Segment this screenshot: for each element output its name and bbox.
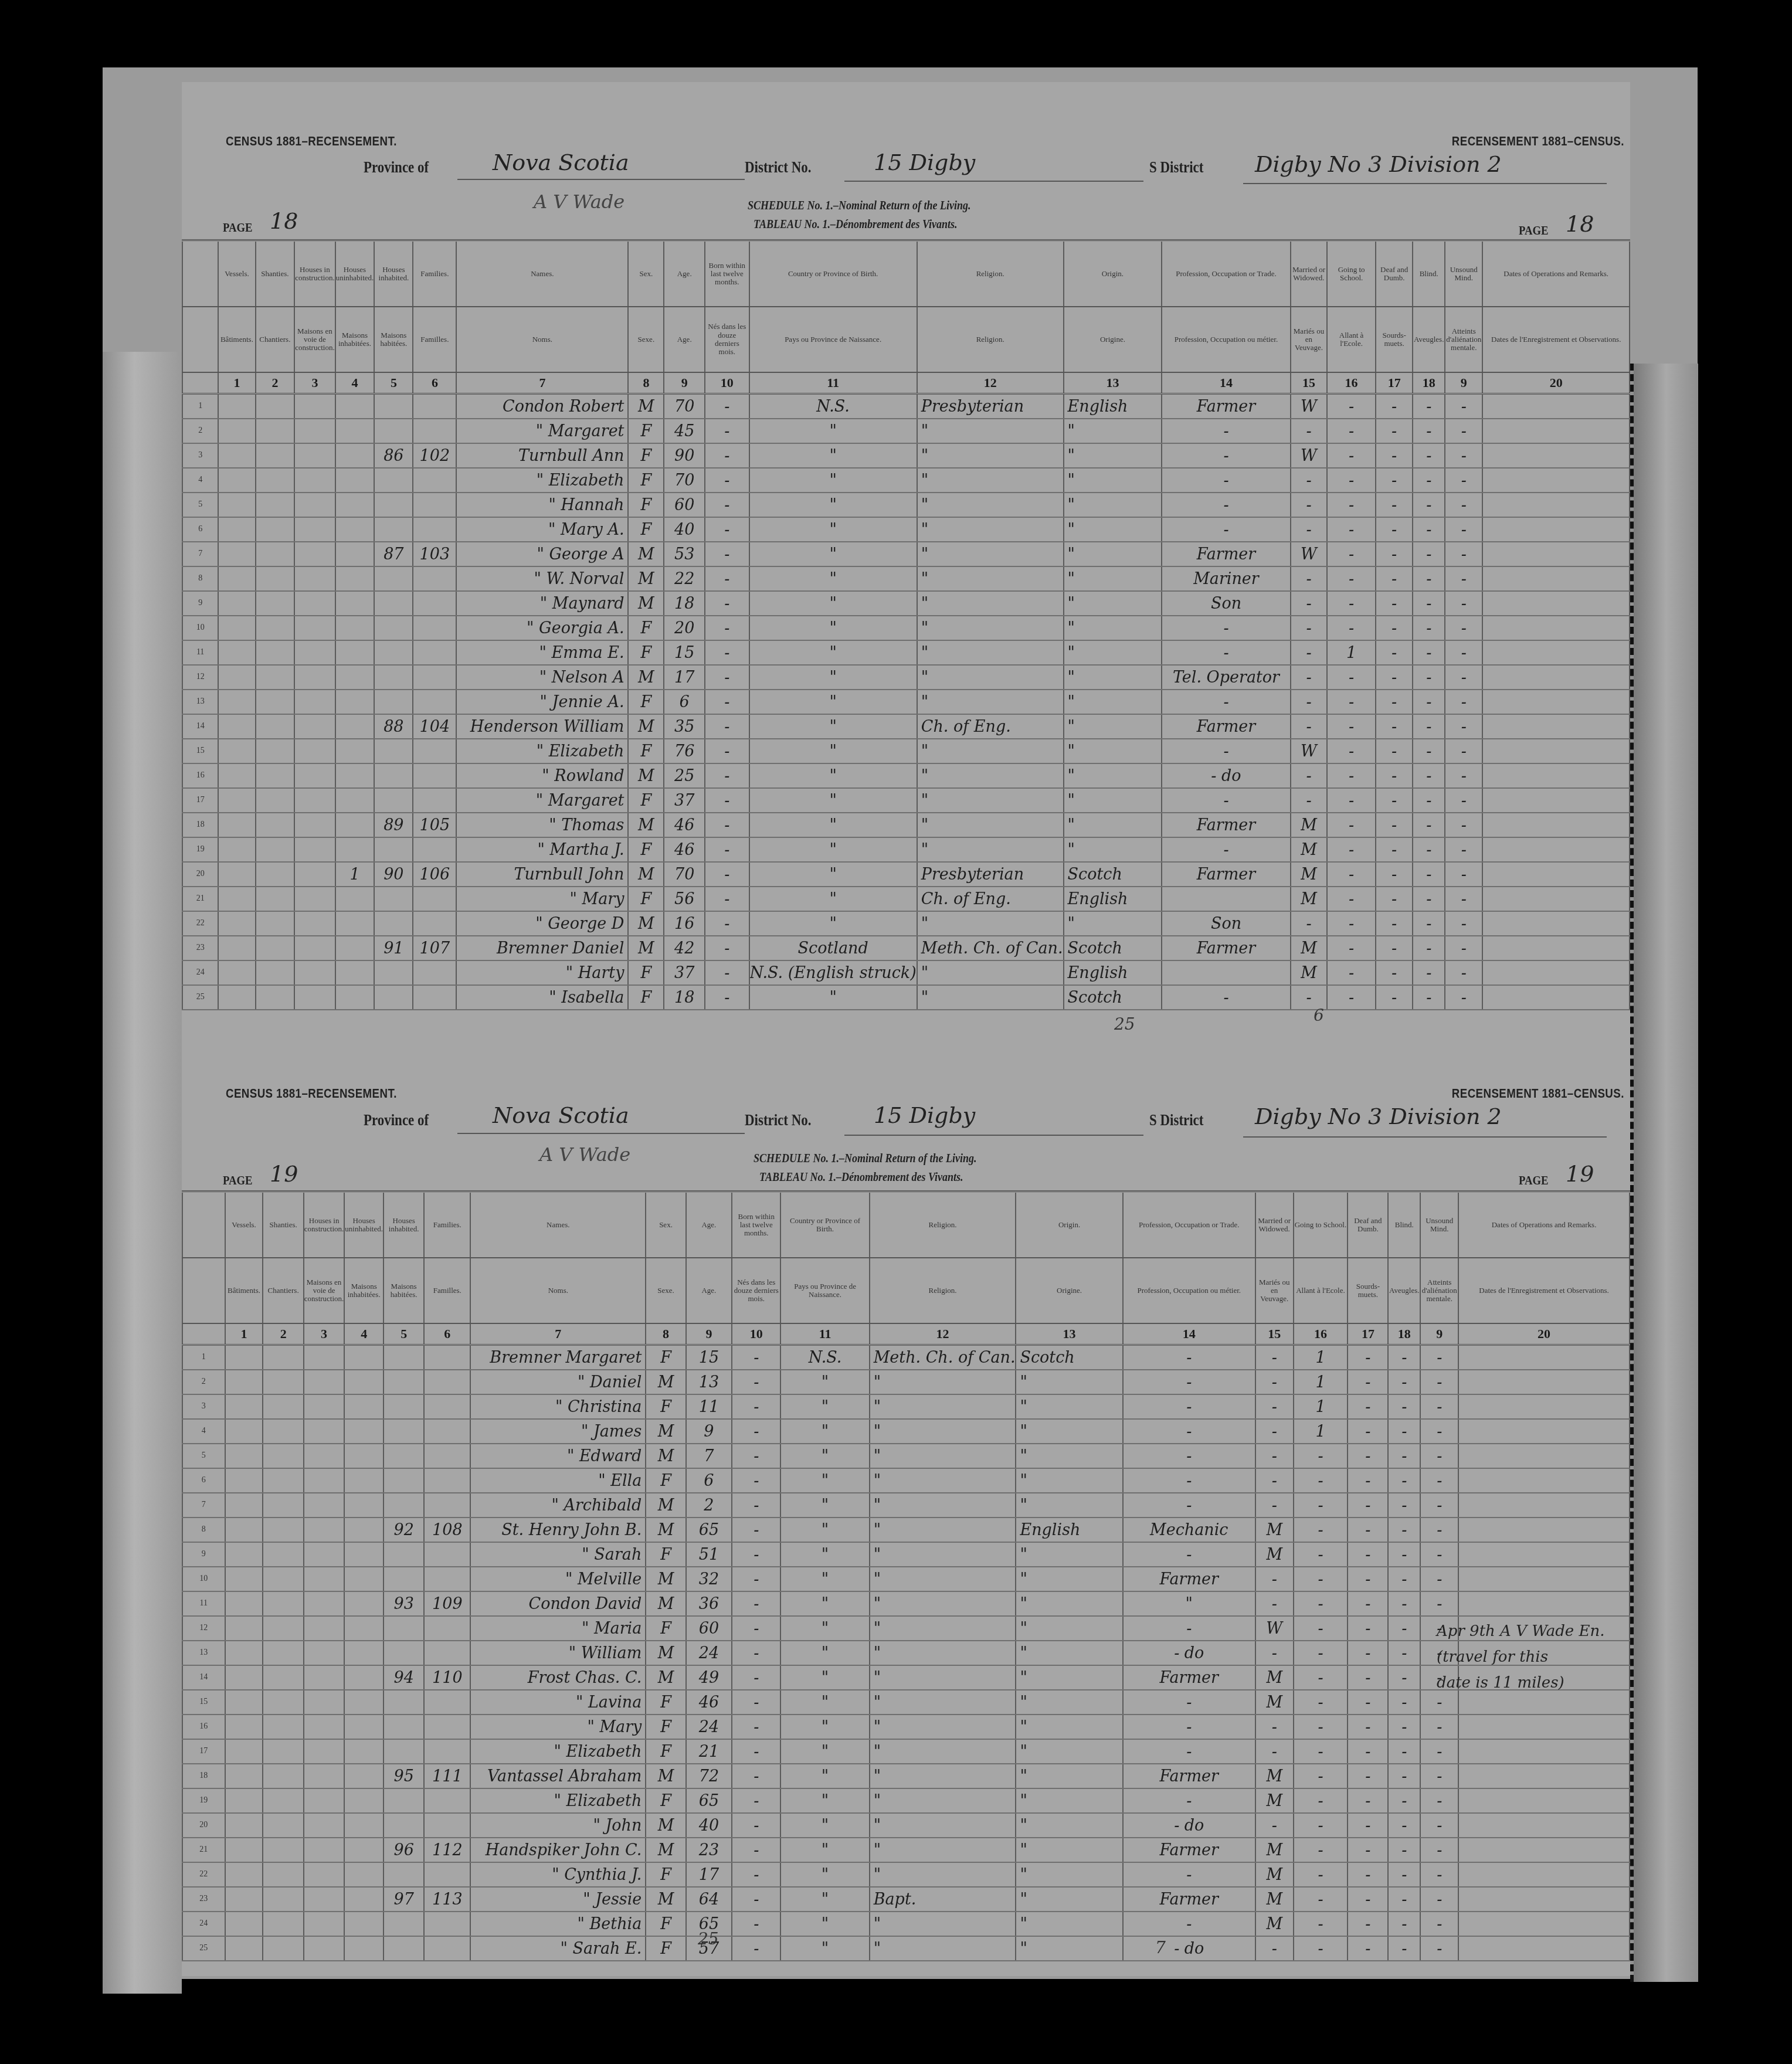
born-last-year-cell: - [732,1567,780,1591]
sex-cell: F [646,1394,685,1419]
born-last-year-cell: - [732,1838,780,1862]
religion-cell: " [870,1468,1016,1493]
page-number-right: 19 [1566,1161,1594,1187]
vessels-cell [225,1788,263,1813]
origin-cell: " [1064,542,1162,566]
column-header-fr-16: Allant à l'Ecole. [1294,1258,1348,1323]
age-cell: 17 [686,1862,732,1887]
vessels-cell [218,517,255,542]
married-cell: W [1291,443,1328,468]
column-number: 6 [413,372,456,394]
occupation-cell: - [1123,1862,1255,1887]
married-cell: - [1255,1813,1294,1838]
vessels-cell [218,887,255,911]
column-number: 20 [1482,372,1630,394]
remarks-cell [1482,616,1630,640]
shanties-cell [256,837,295,862]
school-cell: - [1294,1813,1348,1838]
houses-uninhabited-cell [335,468,375,493]
blind-cell: - [1413,542,1445,566]
shanties-cell [263,1764,303,1788]
column-number: 4 [344,1323,383,1345]
row-number: 4 [182,468,218,493]
row-number: 16 [182,1715,225,1739]
shanties-cell [256,493,295,517]
occupation-cell: - [1123,1542,1255,1567]
born-last-year-cell: - [705,960,749,985]
married-cell: M [1255,1838,1294,1862]
birthplace-cell: " [780,1419,869,1444]
table-row: 11" Emma E.F15-"""--1--- [182,640,1630,665]
age-cell: 60 [664,493,705,517]
blind-cell: - [1388,1370,1420,1394]
origin-cell: " [1064,714,1162,739]
houses-construction-cell [304,1936,345,1961]
school-cell: - [1294,1887,1348,1912]
family-number-cell [413,394,456,419]
school-cell: - [1327,591,1376,616]
sex-cell: F [628,616,664,640]
born-last-year-cell: - [705,887,749,911]
houses-construction-cell [304,1542,345,1567]
blind-cell: - [1388,1715,1420,1739]
column-header-fr-17: Sourds-muets. [1348,1258,1388,1323]
origin-cell: " [1064,566,1162,591]
houses-construction-cell [294,862,335,887]
house-number-cell [383,1542,424,1567]
deaf-cell: - [1348,1764,1388,1788]
remarks-cell [1482,542,1630,566]
column-number: 5 [383,1323,424,1345]
house-number-cell [383,1567,424,1591]
family-number-cell [424,1912,470,1936]
row-number: 15 [182,1690,225,1715]
name-cell: Vantassel Abraham [470,1764,646,1788]
table-row: 3" ChristinaF11-"""--1--- [182,1394,1630,1419]
shanties-cell [256,616,295,640]
houses-construction-cell [294,714,335,739]
column-number: 16 [1294,1323,1348,1345]
school-cell: 1 [1327,640,1376,665]
unsound-cell: - [1420,1444,1458,1468]
family-number-cell [424,1788,470,1813]
row-number: 7 [182,1493,225,1518]
header-rule [182,239,1630,241]
house-number-cell [374,763,413,788]
origin-cell: " [1016,1912,1122,1936]
houses-construction-cell [294,960,335,985]
column-header-fr-3: Maisons en voie de construction. [294,307,335,372]
sex-cell: M [628,911,664,936]
married-cell: - [1291,616,1328,640]
houses-construction-cell [304,1394,345,1419]
religion-cell: " [917,443,1064,468]
family-number-cell [424,1739,470,1764]
unsound-cell: - [1420,1936,1458,1961]
origin-cell: " [1064,763,1162,788]
school-cell: - [1294,1715,1348,1739]
remarks-cell [1482,493,1630,517]
sex-cell: F [646,1912,685,1936]
column-number: 13 [1064,372,1162,394]
row-number: 6 [182,1468,225,1493]
born-last-year-cell: - [732,1690,780,1715]
column-header-fr-15: Mariés ou en Veuvage. [1291,307,1328,372]
religion-cell: " [917,763,1064,788]
house-number-cell [383,1690,424,1715]
unsound-cell: - [1445,714,1482,739]
religion-cell: " [917,911,1064,936]
religion-cell: " [870,1419,1016,1444]
vessels-cell [225,1468,263,1493]
deaf-cell: - [1376,887,1413,911]
district-value: 15 Digby [874,150,975,175]
row-number: 19 [182,837,218,862]
blind-cell: - [1413,862,1445,887]
column-header-14: Profession, Occupation or Trade. [1162,242,1290,307]
blind-cell: - [1388,1690,1420,1715]
sex-cell: M [646,1444,685,1468]
houses-uninhabited-cell [335,960,375,985]
religion-cell: Ch. of Eng. [917,887,1064,911]
family-number-cell [424,1641,470,1665]
origin-cell: " [1016,1394,1122,1419]
birthplace-cell: " [780,1838,869,1862]
occupation-cell: " [1123,1591,1255,1616]
house-number-cell: 91 [374,936,413,960]
religion-cell: " [870,1567,1016,1591]
deaf-cell: - [1376,640,1413,665]
vessels-cell [225,1518,263,1542]
family-number-cell [424,1493,470,1518]
deaf-cell: - [1376,443,1413,468]
unsound-cell: - [1420,1518,1458,1542]
born-last-year-cell: - [705,714,749,739]
house-number-cell [374,665,413,690]
house-number-cell: 87 [374,542,413,566]
remarks-cell [1482,517,1630,542]
blind-cell: - [1413,665,1445,690]
married-cell: M [1255,1690,1294,1715]
occupation-cell: - [1162,739,1290,763]
shanties-cell [263,1419,303,1444]
deaf-cell: - [1348,1444,1388,1468]
houses-construction-cell [304,1444,345,1468]
remarks-cell [1458,1764,1630,1788]
married-cell: - [1291,517,1328,542]
houses-uninhabited-cell [344,1838,383,1862]
house-number-cell: 93 [383,1591,424,1616]
married-cell: - [1255,1739,1294,1764]
occupation-cell: - [1162,493,1290,517]
column-header-fr-14: Profession, Occupation ou métier. [1123,1258,1255,1323]
religion-cell: " [870,1715,1016,1739]
remarks-cell [1482,443,1630,468]
header-rule [182,1190,1630,1192]
occupation-cell: - [1123,1493,1255,1518]
column-header-fr-19: Atteints d'aliénation mentale. [1420,1258,1458,1323]
religion-cell: " [917,468,1064,493]
column-header-en: Vessels.Shanties.Houses in construction.… [182,242,1630,394]
vessels-cell [225,1739,263,1764]
occupation-cell: - [1123,1788,1255,1813]
name-cell: " John [470,1813,646,1838]
married-cell: - [1291,640,1328,665]
family-number-cell [424,1616,470,1641]
unsound-cell: - [1445,813,1482,837]
born-last-year-cell: - [705,690,749,714]
table-row: 15" LavinaF46-"""-M---- [182,1690,1630,1715]
birthplace-cell: " [749,813,917,837]
table-row: 19" Martha J.F46-"""-M---- [182,837,1630,862]
column-header-fr-16: Allant à l'Ecole. [1327,307,1376,372]
vessels-cell [225,1542,263,1567]
houses-construction-cell [294,788,335,813]
page-number-left: 18 [270,208,298,234]
occupation-cell: Farmer [1162,542,1290,566]
religion-cell: " [917,837,1064,862]
houses-uninhabited-cell [335,616,375,640]
born-last-year-cell: - [732,1345,780,1370]
deaf-cell: - [1348,1715,1388,1739]
origin-cell: " [1016,1690,1122,1715]
houses-uninhabited-cell [344,1616,383,1641]
vessels-cell [225,1616,263,1641]
sex-cell: F [628,960,664,985]
sex-cell: M [646,1764,685,1788]
married-cell: - [1291,788,1328,813]
unsound-cell: - [1445,443,1482,468]
birthplace-cell: " [749,690,917,714]
occupation-cell: Farmer [1123,1887,1255,1912]
school-cell: - [1327,862,1376,887]
table-row: 2" MargaretF45-"""------ [182,419,1630,443]
unsound-cell: - [1420,1715,1458,1739]
row-number: 22 [182,911,218,936]
row-number: 23 [182,936,218,960]
school-cell: - [1294,1788,1348,1813]
birthplace-cell: " [780,1764,869,1788]
row-number: 21 [182,1838,225,1862]
table-row: 22" George DM16-"""Son----- [182,911,1630,936]
occupation-cell: - [1162,788,1290,813]
birthplace-cell: " [780,1493,869,1518]
occupation-cell [1162,887,1290,911]
column-header-20: Dates of Operations and Remarks. [1458,1193,1630,1258]
religion-cell: Meth. Ch. of Can. [917,936,1064,960]
age-cell: 46 [664,813,705,837]
religion-cell: " [917,788,1064,813]
column-number: 7 [456,372,628,394]
origin-cell: " [1016,1542,1122,1567]
vessels-cell [225,1764,263,1788]
column-number: 1 [225,1323,263,1345]
family-number-cell [413,517,456,542]
vessels-cell [218,960,255,985]
vessels-cell [225,1665,263,1690]
shanties-cell [256,788,295,813]
age-cell: 36 [686,1591,732,1616]
born-last-year-cell: - [705,468,749,493]
school-cell: - [1294,1493,1348,1518]
birthplace-cell: " [780,1887,869,1912]
houses-construction-cell [294,616,335,640]
family-number-cell [424,1444,470,1468]
born-last-year-cell: - [732,1862,780,1887]
sex-cell: M [646,1567,685,1591]
name-cell: " Ella [470,1468,646,1493]
religion-cell: " [917,591,1064,616]
column-header-9: Age. [664,242,705,307]
deaf-cell: - [1376,862,1413,887]
table-row: 2196112Handspiker John C.M23-"""FarmerM-… [182,1838,1630,1862]
age-cell: 6 [664,690,705,714]
table-row: 20190106Turnbull JohnM70-"PresbyterianSc… [182,862,1630,887]
houses-construction-cell [294,517,335,542]
census-page-19: CENSUS 1881–RECENSEMENT. RECENSEMENT 188… [182,1032,1630,1976]
table-row: 24" BethiaF65-"""-M---- [182,1912,1630,1936]
school-cell: - [1327,690,1376,714]
name-cell: " Rowland [456,763,628,788]
school-cell: - [1294,1591,1348,1616]
sex-cell: M [628,763,664,788]
column-number: 10 [732,1323,780,1345]
vessels-cell [225,1444,263,1468]
sub-district-value: Digby No 3 Division 2 [1255,1104,1502,1129]
age-cell: 65 [686,1518,732,1542]
deaf-cell: - [1376,985,1413,1010]
blind-cell: - [1413,640,1445,665]
blind-cell: - [1413,517,1445,542]
table-row: 1494110Frost Chas. C.M49-"""FarmerM---- [182,1665,1630,1690]
occupation-cell: - [1123,1345,1255,1370]
house-number-cell [383,1444,424,1468]
born-last-year-cell: - [705,566,749,591]
age-cell: 32 [686,1567,732,1591]
birthplace-cell: " [780,1370,869,1394]
houses-uninhabited-cell [344,1394,383,1419]
schedule-title-fr: TABLEAU No. 1.–Dénombrement des Vivants. [759,1171,963,1184]
deaf-cell: - [1376,665,1413,690]
school-cell: - [1327,714,1376,739]
school-cell: - [1327,960,1376,985]
sex-cell: F [646,1715,685,1739]
birthplace-cell: " [780,1788,869,1813]
shanties-cell [263,1690,303,1715]
religion-cell: " [870,1665,1016,1690]
religion-cell: Ch. of Eng. [917,714,1064,739]
house-number-cell [374,837,413,862]
shanties-cell [256,394,295,419]
census-header-left: CENSUS 1881–RECENSEMENT. [226,1086,397,1101]
vessels-cell [225,1813,263,1838]
shanties-cell [263,1641,303,1665]
house-number-cell: 94 [383,1665,424,1690]
name-cell: " Sarah E. [470,1936,646,1961]
house-number-cell: 96 [383,1838,424,1862]
vessels-cell [218,419,255,443]
family-number-cell [424,1936,470,1961]
houses-construction-cell [304,1370,345,1394]
age-cell: 37 [664,960,705,985]
remarks-cell [1458,1493,1630,1518]
family-number-cell: 108 [424,1518,470,1542]
born-last-year-cell: - [705,616,749,640]
sex-cell: F [646,1936,685,1961]
page-label-left: PAGE [223,220,253,235]
vessels-cell [218,788,255,813]
deaf-cell: - [1348,1887,1388,1912]
married-cell: W [1291,739,1328,763]
row-number: 21 [182,887,218,911]
row-number: 16 [182,763,218,788]
houses-construction-cell [304,1591,345,1616]
born-last-year-cell: - [705,419,749,443]
family-number-cell [413,493,456,517]
vessels-cell [218,763,255,788]
age-cell: 37 [664,788,705,813]
occupation-cell: - [1123,1616,1255,1641]
occupation-cell: Farmer [1123,1567,1255,1591]
family-number-cell [413,591,456,616]
column-header-10: Born within last twelve months. [705,242,749,307]
age-cell: 56 [664,887,705,911]
occupation-cell: - [1123,1468,1255,1493]
house-number-cell: 90 [374,862,413,887]
row-number: 25 [182,985,218,1010]
houses-construction-cell [294,566,335,591]
sex-cell: M [628,394,664,419]
birthplace-cell: Scotland [749,936,917,960]
deaf-cell: - [1376,517,1413,542]
born-last-year-cell: - [732,1468,780,1493]
sex-cell: M [628,591,664,616]
occupation-cell: Farmer [1162,936,1290,960]
origin-cell: " [1016,1370,1122,1394]
religion-cell: " [870,1542,1016,1567]
religion-cell: " [870,1444,1016,1468]
column-header-fr-11: Pays ou Province de Naissance. [749,307,917,372]
column-header-fr-12: Religion. [917,307,1064,372]
sex-cell: M [628,566,664,591]
remarks-cell [1482,591,1630,616]
row-number: 17 [182,1739,225,1764]
unsound-cell: - [1445,960,1482,985]
birthplace-cell: N.S. (English struck) [749,960,917,985]
name-cell: " Jessie [470,1887,646,1912]
district-value: 15 Digby [874,1102,975,1128]
married-cell: M [1255,1862,1294,1887]
occupation-cell: - [1162,517,1290,542]
shanties-cell [256,739,295,763]
born-last-year-cell: - [705,911,749,936]
vessels-cell [218,542,255,566]
sex-cell: M [628,862,664,887]
houses-uninhabited-cell [335,443,375,468]
blind-cell: - [1388,1665,1420,1690]
name-cell: " Elizabeth [470,1739,646,1764]
column-header-fr-20: Dates de l'Enregistrement et Observation… [1458,1258,1630,1323]
religion-cell: " [917,960,1064,985]
family-number-cell [424,1715,470,1739]
occupation-cell: Son [1162,591,1290,616]
age-cell: 20 [664,616,705,640]
born-last-year-cell: - [732,1739,780,1764]
houses-construction-cell [294,591,335,616]
school-cell: - [1327,517,1376,542]
table-row: 787103" George AM53-"""FarmerW---- [182,542,1630,566]
school-cell: - [1327,566,1376,591]
